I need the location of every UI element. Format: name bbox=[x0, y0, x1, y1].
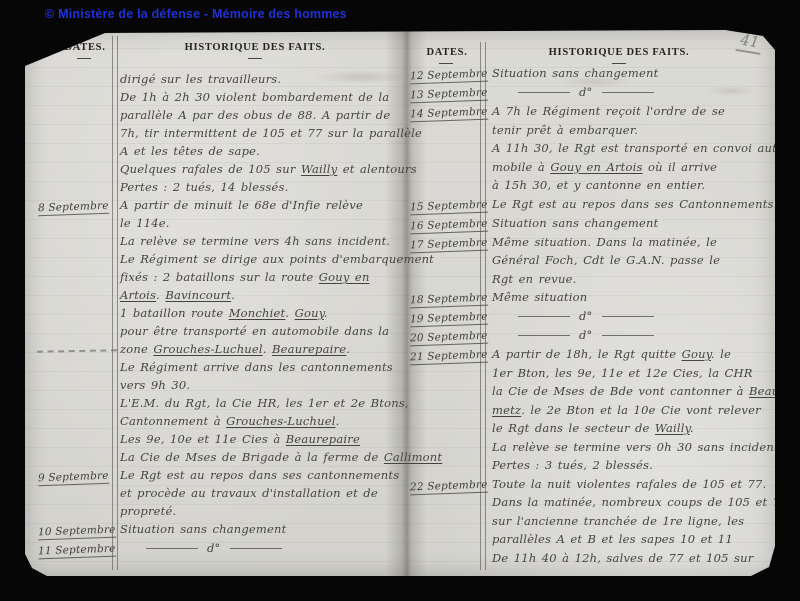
entry-date-cell: 15 Septembre bbox=[410, 195, 486, 214]
entry-text: Même situation. Dans la matinée, leGénér… bbox=[492, 233, 775, 289]
entry-line: Situation sans changement bbox=[120, 520, 400, 538]
journal-entry: 12 SeptembreSituation sans changement bbox=[410, 64, 775, 83]
entry-date: 22 Septembre bbox=[410, 478, 488, 495]
entry-line: La relève se termine vers 4h sans incide… bbox=[120, 232, 442, 250]
journal-entry: 22 SeptembreToute la nuit violentes rafa… bbox=[410, 475, 775, 568]
scan-viewer: { "viewer": { "copyright": "© Ministère … bbox=[0, 0, 800, 601]
entry-line: Le Rgt est au repos dans ses cantonnemen… bbox=[120, 466, 400, 484]
entry-date: 10 Septembre bbox=[38, 524, 116, 541]
copyright-watermark: © Ministère de la défense - Mémoire des … bbox=[45, 7, 347, 21]
entry-line: sur l'ancienne tranchée de 1re ligne, le… bbox=[492, 512, 788, 531]
entry-line: Cantonnement à Grouches-Luchuel. bbox=[120, 412, 442, 430]
entry-date: 17 Septembre bbox=[410, 236, 488, 253]
entry-line: parallèle A par des obus de 88. A partir… bbox=[120, 106, 422, 124]
journal-entry: 9 SeptembreLe Rgt est au repos dans ses … bbox=[38, 466, 400, 520]
entry-date-cell: 20 Septembre bbox=[410, 326, 486, 345]
entry-date: 12 Septembre bbox=[410, 68, 488, 85]
entry-line: Situation sans changement bbox=[492, 64, 775, 83]
entry-line: et procède au travaux d'installation et … bbox=[120, 484, 400, 502]
entry-line: 7h, tir intermittent de 105 et 77 sur la… bbox=[120, 124, 422, 142]
entry-line: Artois. Bavincourt. bbox=[120, 286, 442, 304]
entry-date: 21 Septembre bbox=[410, 349, 488, 366]
entry-date: 9 Septembre bbox=[38, 470, 109, 486]
journal-entry: 8 SeptembreA partir de minuit le 68e d'I… bbox=[38, 196, 400, 466]
entry-text: Même situation bbox=[492, 288, 775, 307]
journal-entry: 16 SeptembreSituation sans changement bbox=[410, 214, 775, 233]
entry-line: le 114e. bbox=[120, 214, 442, 232]
right-dates-header: DATES. bbox=[417, 47, 477, 58]
book-spread[interactable]: DATES. HISTORIQUE DES FAITS. DATES. HIST… bbox=[25, 30, 775, 576]
entry-text: A 7h le Régiment reçoit l'ordre de seten… bbox=[492, 102, 788, 195]
entry-line: A et les têtes de sape. bbox=[120, 142, 422, 160]
entry-line: Le Régiment arrive dans les cantonnement… bbox=[120, 358, 442, 376]
entry-text: d° bbox=[120, 539, 400, 557]
entry-line: A partir de minuit le 68e d'Infie relève bbox=[120, 196, 442, 214]
journal-entry: 21 SeptembreA partir de 18h, le Rgt quit… bbox=[410, 345, 775, 475]
entry-line: Toute la nuit violentes rafales de 105 e… bbox=[492, 475, 788, 494]
entry-date-cell: 21 Septembre bbox=[410, 345, 486, 364]
entry-text: d° bbox=[492, 307, 775, 326]
folio-number: 41 bbox=[736, 30, 764, 55]
entry-line: Pertes : 3 tués, 2 blessés. bbox=[492, 456, 783, 475]
entry-line: Même situation. Dans la matinée, le bbox=[492, 233, 775, 252]
left-page-entries: dirigé sur les travailleurs.De 1h à 2h 3… bbox=[38, 70, 400, 558]
entry-line: A 11h 30, le Rgt est transporté en convo… bbox=[492, 139, 788, 158]
entry-text: A partir de 18h, le Rgt quitte Gouy. le1… bbox=[492, 345, 783, 475]
entry-date: 14 Septembre bbox=[410, 106, 488, 123]
entry-line: à 15h 30, et y cantonne en entier. bbox=[492, 176, 788, 195]
entry-line: zone Grouches-Luchuel. Beaurepaire. bbox=[120, 340, 442, 358]
entry-date-cell: 14 Septembre bbox=[410, 102, 486, 121]
journal-entry: 17 SeptembreMême situation. Dans la mati… bbox=[410, 233, 775, 289]
journal-entry: 19 Septembred° bbox=[410, 307, 775, 326]
entry-date-cell bbox=[38, 70, 114, 71]
entry-date: 11 Septembre bbox=[38, 543, 116, 560]
entry-line: mobile à Gouy en Artois où il arrive bbox=[492, 158, 788, 177]
entry-line: la Cie de Mses de Bde vont cantonner à B… bbox=[492, 382, 783, 401]
journal-entry: 14 SeptembreA 7h le Régiment reçoit l'or… bbox=[410, 102, 775, 195]
entry-line: De 11h 40 à 12h, salves de 77 et 105 sur bbox=[492, 549, 788, 568]
entry-line: Dans la matinée, nombreux coups de 105 e… bbox=[492, 493, 788, 512]
left-dates-header-dash bbox=[77, 58, 91, 59]
entry-line: metz. le 2e Bton et la 10e Cie vont rele… bbox=[492, 401, 783, 420]
entry-line: fixés : 2 bataillons sur la route Gouy e… bbox=[120, 268, 442, 286]
entry-text: Situation sans changement bbox=[492, 214, 775, 233]
entry-line: propreté. bbox=[120, 502, 400, 520]
entry-line: pour être transporté en automobile dans … bbox=[120, 322, 442, 340]
entry-text: Situation sans changement bbox=[492, 64, 775, 83]
entry-line: Le Rgt est au repos dans ses Cantonnemen… bbox=[492, 195, 778, 214]
entry-line: Rgt en revue. bbox=[492, 270, 775, 289]
entry-line: A 7h le Régiment reçoit l'ordre de se bbox=[492, 102, 788, 121]
entry-date-cell: 10 Septembre bbox=[38, 520, 114, 539]
entry-date-cell: 17 Septembre bbox=[410, 233, 486, 252]
journal-entry: 18 SeptembreMême situation bbox=[410, 288, 775, 307]
entry-line: Même situation bbox=[492, 288, 775, 307]
entry-date: 20 Septembre bbox=[410, 330, 488, 347]
entry-text: dirigé sur les travailleurs.De 1h à 2h 3… bbox=[120, 70, 422, 196]
journal-entry: 15 SeptembreLe Rgt est au repos dans ses… bbox=[410, 195, 775, 214]
entry-line: Quelques rafales de 105 sur Wailly et al… bbox=[120, 160, 422, 178]
entry-date-cell: 19 Septembre bbox=[410, 307, 486, 326]
entry-text: d° bbox=[492, 83, 775, 102]
entry-date-cell: 9 Septembre bbox=[38, 466, 114, 485]
entry-date-cell: 13 Septembre bbox=[410, 83, 486, 102]
entry-line: d° bbox=[492, 83, 775, 102]
entry-line: Les 9e, 10e et 11e Cies à Beaurepaire bbox=[120, 430, 442, 448]
entry-line: L'E.M. du Rgt, la Cie HR, les 1er et 2e … bbox=[120, 394, 442, 412]
journal-entry: 20 Septembred° bbox=[410, 326, 775, 345]
viewer-header: © Ministère de la défense - Mémoire des … bbox=[0, 0, 800, 28]
journal-entry: 11 Septembred° bbox=[38, 539, 400, 558]
entry-line: d° bbox=[492, 326, 775, 345]
entry-text: d° bbox=[492, 326, 775, 345]
entry-date: 19 Septembre bbox=[410, 311, 488, 328]
entry-date-cell: 16 Septembre bbox=[410, 214, 486, 233]
entry-line: 1er Bton, les 9e, 11e et 12e Cies, la CH… bbox=[492, 364, 783, 383]
entry-date: 16 Septembre bbox=[410, 217, 488, 234]
entry-text: A partir de minuit le 68e d'Infie relève… bbox=[120, 196, 442, 466]
entry-line: parallèles A et B et les sapes 10 et 11 bbox=[492, 530, 788, 549]
entry-line: d° bbox=[120, 539, 400, 557]
entry-text: Situation sans changement bbox=[120, 520, 400, 538]
entry-text: Le Rgt est au repos dans ses Cantonnemen… bbox=[492, 195, 778, 214]
left-historique-header: HISTORIQUE DES FAITS. bbox=[155, 42, 355, 53]
entry-line: 1 bataillon route Monchiet. Gouy. bbox=[120, 304, 442, 322]
entry-line: De 1h à 2h 30 violent bombardement de la bbox=[120, 88, 422, 106]
entry-line: A partir de 18h, le Rgt quitte Gouy. le bbox=[492, 345, 783, 364]
entry-line: d° bbox=[492, 307, 775, 326]
entry-line: le Rgt dans le secteur de Wailly. bbox=[492, 419, 783, 438]
entry-line: La relève se termine vers 0h 30 sans inc… bbox=[492, 438, 783, 457]
entry-line: Situation sans changement bbox=[492, 214, 775, 233]
journal-entry: 13 Septembred° bbox=[410, 83, 775, 102]
right-historique-header: HISTORIQUE DES FAITS. bbox=[519, 47, 719, 58]
right-page-entries: 12 SeptembreSituation sans changement13 … bbox=[410, 64, 775, 567]
entry-line: Pertes : 2 tués, 14 blessés. bbox=[120, 178, 422, 196]
entry-line: tenir prêt à embarquer. bbox=[492, 121, 788, 140]
entry-text: Le Rgt est au repos dans ses cantonnemen… bbox=[120, 466, 400, 520]
entry-date-cell: 11 Septembre bbox=[38, 539, 114, 558]
left-historique-header-dash bbox=[248, 58, 262, 59]
entry-date-cell: 18 Septembre bbox=[410, 288, 486, 307]
entry-date: 13 Septembre bbox=[410, 87, 488, 104]
entry-line: Général Foch, Cdt le G.A.N. passe le bbox=[492, 251, 775, 270]
entry-date-cell: 12 Septembre bbox=[410, 64, 486, 83]
entry-date-cell: 22 Septembre bbox=[410, 475, 486, 494]
entry-line: dirigé sur les travailleurs. bbox=[120, 70, 422, 88]
left-dates-header: DATES. bbox=[55, 42, 115, 53]
journal-entry: 10 SeptembreSituation sans changement bbox=[38, 520, 400, 539]
entry-date: 8 Septembre bbox=[38, 200, 109, 216]
entry-line: La Cie de Mses de Brigade à la ferme de … bbox=[120, 448, 442, 466]
entry-date: 15 Septembre bbox=[410, 198, 488, 215]
entry-date-cell: 8 Septembre bbox=[38, 196, 114, 215]
journal-entry: dirigé sur les travailleurs.De 1h à 2h 3… bbox=[38, 70, 400, 196]
entry-line: vers 9h 30. bbox=[120, 376, 442, 394]
entry-text: Toute la nuit violentes rafales de 105 e… bbox=[492, 475, 788, 568]
entry-line: Le Régiment se dirige aux points d'embar… bbox=[120, 250, 442, 268]
entry-date: 18 Septembre bbox=[410, 292, 488, 309]
